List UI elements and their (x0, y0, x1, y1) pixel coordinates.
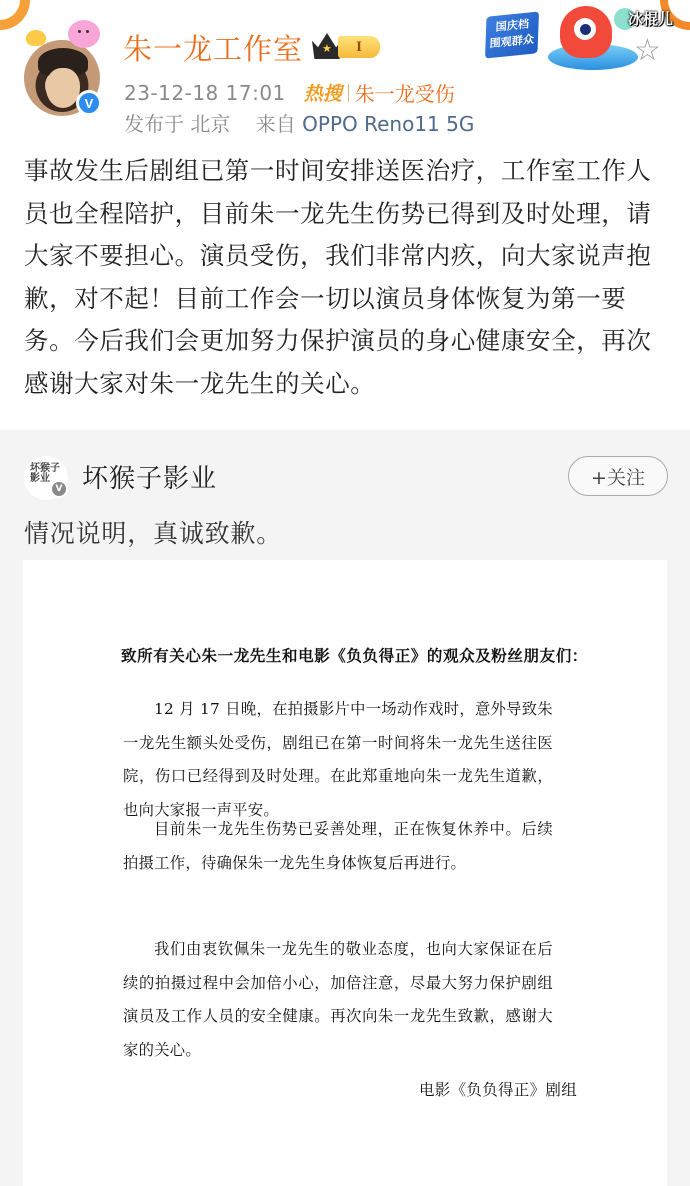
post-timestamp: 23-12-18 17:01 (124, 81, 286, 105)
repost-author-name[interactable]: 坏猴子影业 (82, 458, 217, 495)
hot-search-tag[interactable]: 热搜 (304, 79, 342, 106)
promo-banner[interactable]: 国庆档 围观群众 (486, 4, 646, 72)
statement-paragraph: 12 月 17 日晚，在拍摄影片中一场动作戏时，意外导致朱一龙先生额头处受伤，剧… (123, 693, 553, 827)
verified-icon: V (50, 480, 68, 498)
reposted-weibo[interactable]: 坏猴子影业 V 坏猴子影业 +关注 情况说明，真诚致歉。 致所有关心朱一龙先生和… (0, 430, 690, 1186)
device-link[interactable]: OPPO Reno11 5G (302, 112, 474, 136)
author-name[interactable]: 朱一龙工作室 (123, 27, 303, 68)
location-label: 发布于 北京 (124, 112, 230, 136)
pink-mascot-decoration-icon (68, 20, 100, 48)
post-source: 发布于 北京 来自 OPPO Reno11 5G (124, 108, 474, 137)
source-label: 来自 (256, 112, 296, 136)
statement-signature: 电影《负负得正》剧组 (419, 1078, 577, 1100)
follow-button[interactable]: +关注 (568, 456, 668, 496)
heart-decoration-icon (26, 30, 46, 46)
post-header: V 朱一龙工作室 ★ I 23-12-18 17:01 热搜 朱一龙受伤 发布于… (0, 0, 690, 140)
author-avatar[interactable]: V (24, 30, 104, 110)
post-body-text: 事故发生后剧组已第一时间安排送医治疗，工作室工作人员也全程陪护，目前朱一龙先生伤… (24, 150, 669, 406)
statement-greeting: 致所有关心朱一龙先生和电影《负负得正》的观众及粉丝朋友们： (121, 644, 588, 666)
promo-tag: 国庆档 围观群众 (485, 11, 539, 58)
statement-paragraph: 目前朱一龙先生伤势已妥善处理，正在恢复休养中。后续拍摄工作，待确保朱一龙先生身体… (123, 813, 553, 880)
verified-icon: V (76, 90, 102, 116)
favorite-star-icon[interactable]: ☆ (634, 36, 661, 66)
watermark-text: 冰棍儿 (628, 8, 673, 29)
member-level-badge[interactable]: ★ I (312, 33, 382, 61)
post-meta: 23-12-18 17:01 热搜 朱一龙受伤 (124, 78, 455, 107)
divider (348, 84, 349, 102)
level-label: I (338, 36, 380, 58)
statement-paragraph: 我们由衷钦佩朱一龙先生的敬业态度，也向大家保证在后续的拍摄过程中会加倍小心，加倍… (123, 933, 553, 1067)
repost-text: 情况说明，真诚致歉。 (24, 514, 282, 550)
star-icon: ★ (322, 43, 332, 54)
mascot-icon (560, 6, 612, 58)
hot-topic-link[interactable]: 朱一龙受伤 (355, 78, 455, 107)
statement-image[interactable]: 致所有关心朱一龙先生和电影《负负得正》的观众及粉丝朋友们： 12 月 17 日晚… (23, 560, 667, 1186)
